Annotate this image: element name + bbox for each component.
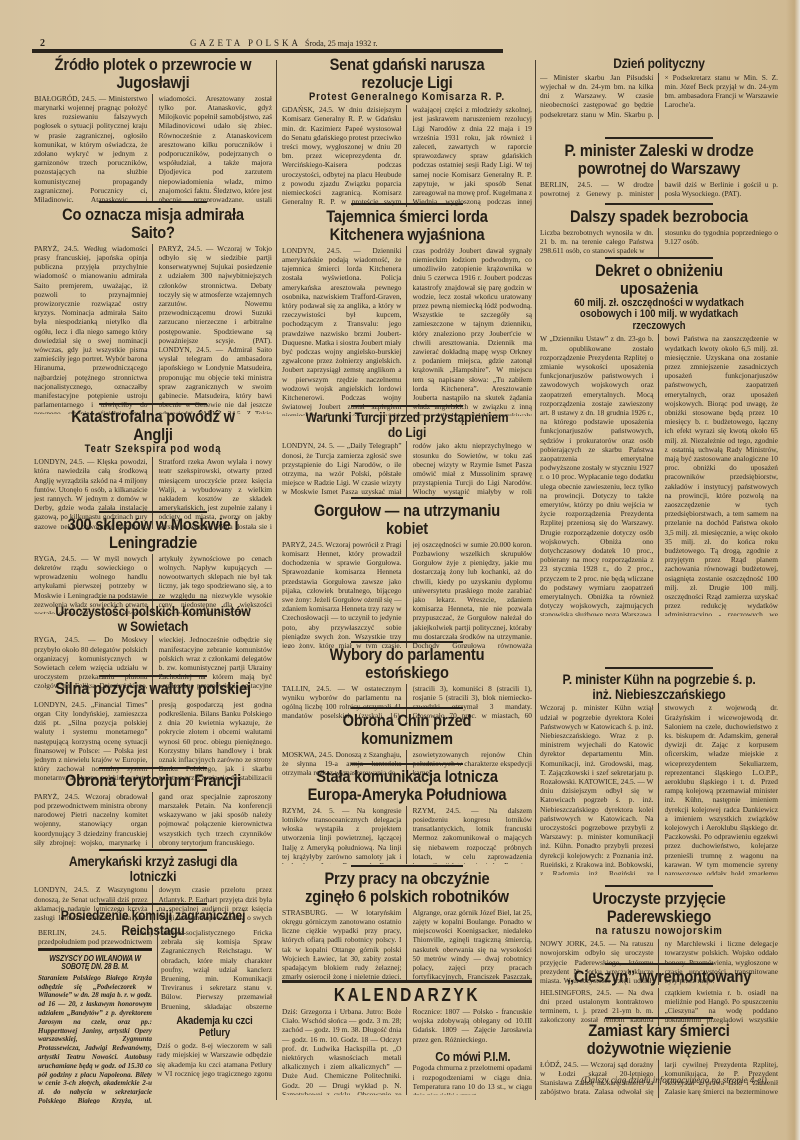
article-dekret: Dekret o obniżeniu uposażenia 60 milj. z…: [540, 254, 778, 616]
separator: [99, 675, 206, 677]
separator: [99, 201, 206, 203]
article-title: Amerykański krzyż zasługi dla lotniczki: [51, 854, 256, 883]
article-subtitle: Teatr Szekspira pod wodą: [51, 444, 256, 456]
article-subtitle: na ratuszu nowojorskim: [557, 926, 762, 938]
article-title: Katastrofalna powódź w Anglji: [51, 408, 256, 444]
article-title: 300 sklepów w Moskwie i Leningradzie: [51, 516, 256, 552]
article-text: wiadomości. Aresztowany został tylko por…: [159, 94, 273, 202]
weather-text: Pogoda chmurna z przelotnemi opadami i r…: [413, 1063, 533, 1095]
article-title: Akademja ku czci Petlury: [165, 1016, 264, 1039]
article-text: Staraniem Polskiego Białego Krzyża odbęd…: [38, 974, 152, 1104]
article-title: Co oznacza misja admirała Saito?: [51, 206, 256, 242]
separator: [351, 203, 464, 205]
article-title: P. minister Kühn na pogrzebie ś. p. inż.…: [557, 672, 762, 701]
article-title: Tajemnica śmierci lorda Kitchenera wyjaś…: [300, 208, 515, 244]
article-title: Dalszy spadek bezrobocia: [557, 208, 762, 226]
article-turcja: Warunki Turcji przed przystąpieniem do L…: [282, 402, 532, 497]
kalendarzyk: KALENDARZYK Dziś: Grzegorza i Urbana. Ju…: [282, 980, 532, 1095]
article-robotnicy: Przy pracy na obczyźnie zginęło 6 polski…: [282, 862, 532, 982]
article-francja: Obrona terytorjum Francji PARYŻ, 24.5. W…: [34, 764, 272, 848]
article-text: BERLIN, 24.5. Dzisiaj przedpołudniem pod…: [38, 928, 152, 946]
article-title: Zamiast kary śmierci dożywotnie więzieni…: [557, 1022, 762, 1058]
separator: [351, 763, 464, 765]
separator: [605, 1017, 712, 1019]
article-text: stwowych z wojewodą dr. Grażyńskim i wic…: [665, 703, 779, 875]
article-text: bawił dziś w Berlinie i gościł u p. posł…: [665, 180, 779, 200]
article-text: Rocznice: 1807 — Polsko - francuskie woj…: [413, 1007, 533, 1044]
article-title: Silna pozycja waluty polskiej: [51, 680, 256, 698]
separator: [99, 767, 206, 769]
article-reichstag-left: BERLIN, 24.5. Dzisiaj przedpołudniem pod…: [38, 926, 152, 1104]
article-text: BERLIN, 24.5. — W drodze powrotnej z Gen…: [540, 180, 659, 200]
separator: [351, 865, 464, 867]
article-text: bowi Państwa na zaoszczędzenie w wydatka…: [665, 334, 779, 616]
article-title: Przy pracy na obczyźnie zginęło 6 polski…: [300, 870, 515, 906]
separator: [605, 137, 712, 139]
article-title: WSZYSCY DO WILANOWA W SOBOTĘ DN. 28 B. M…: [46, 955, 144, 972]
article-senat-gdanski: Senat gdański narusza rezolucje Ligi Pro…: [282, 56, 532, 207]
rule: [38, 948, 152, 951]
column-divider: [535, 60, 536, 1100]
article-komunikacja-lotnicza: Stała komunikacja lotnicza Europa-Ameryk…: [282, 760, 532, 864]
article-zaleski: P. minister Zaleski w drodze powrotnej d…: [540, 134, 778, 200]
header-rule: [32, 49, 503, 53]
dzien-polityczny: Dzień polityczny — Minister skarbu Jan P…: [540, 56, 778, 119]
separator: [351, 497, 464, 499]
article-text: Dziś: Grzegorza i Urbana. Jutro: Boże Ci…: [282, 1007, 407, 1095]
article-title: Stała komunikacja lotnicza Europa-Ameryk…: [300, 768, 515, 804]
separator: [605, 963, 712, 965]
separator: [605, 885, 712, 887]
article-bezrobocie: Dalszy spadek bezrobocia Liczba bezrobot…: [540, 200, 778, 258]
rule: [282, 980, 532, 983]
article-text: rodów jako aktu nieprzychylnego w stosun…: [413, 441, 533, 497]
article-title: Senat gdański narusza rezolucje Ligi: [300, 56, 515, 92]
separator: [605, 257, 712, 259]
article-text: czas podróży Joubert dawał sygnały niemi…: [413, 246, 533, 416]
article-jugoslawja: Źródło plotek o przewrocie w Jugosławji …: [34, 56, 272, 202]
article-text: PARYŻ, 24.5. Wczoraj obradował pod przew…: [34, 792, 153, 848]
article-text: — Minister skarbu Jan Piłsudski wyjechał…: [540, 73, 659, 119]
article-title: Dekret o obniżeniu uposażenia: [557, 262, 762, 298]
separator: [605, 203, 712, 205]
article-text: GDAŃSK, 24.5. W dniu dzisiejszym Komisar…: [282, 105, 407, 207]
article-title: Źródło plotek o przewrocie w Jugosławji: [51, 56, 256, 92]
article-title: Warunki Turcji przed przystąpieniem do L…: [300, 410, 515, 439]
article-reichstag-right: rodowo-socjalistycznego Fricka zebrała s…: [157, 926, 272, 1079]
article-text: Wczoraj p. minister Kühn wziął udział w …: [540, 703, 659, 875]
continuation-note: (Dalszy ciąg działu informacyjnego na st…: [560, 1075, 790, 1085]
article-text: Algrange, oraz górnik Józef Biel, lat 25…: [413, 908, 533, 982]
article-kara-smierci: Zamiast kary śmierci dożywotnie więzieni…: [540, 1014, 778, 1098]
article-text: W „Dzienniku Ustaw” z dn. 23-go b. m. op…: [540, 334, 659, 616]
article-title: Obrona Chin przed komunizmem: [300, 712, 515, 748]
masthead-title: GAZETA POLSKA: [190, 38, 301, 48]
article-text: Dziś o godz. 8-ej wieczorem w sali rady …: [157, 1041, 272, 1079]
article-text: BIAŁOGRÓD, 24.5. — Ministerstwo marynark…: [34, 94, 153, 202]
separator: [351, 405, 464, 407]
article-text: RZYM, 24. 5. — Na kongresie lotników tra…: [282, 806, 407, 864]
article-title: Gorgułow — na utrzymaniu kobiet: [300, 502, 515, 538]
article-title: Wybory do parlamentu estońskiego: [300, 646, 515, 682]
article-text: LONDYN, 24. 5. — „Daily Telegraph” donos…: [282, 441, 407, 497]
column-divider: [276, 60, 277, 1100]
separator: [99, 903, 206, 905]
separator: [99, 849, 206, 851]
separator: [99, 403, 206, 405]
article-title: Dzień polityczny: [557, 56, 762, 71]
page-number: 2: [40, 38, 45, 49]
article-title: Obrona terytorjum Francji: [51, 772, 256, 790]
article-text: jej oszczędności w sumie 20.000 koron. P…: [413, 540, 533, 648]
article-gorgulow: Gorgułow — na utrzymaniu kobiet PARYŻ, 2…: [282, 494, 532, 648]
issue-date: Środa, 25 maja 1932 r.: [305, 39, 377, 48]
separator: [351, 707, 464, 709]
article-text: PARYŻ, 24.5. Według wiadomości prasy fra…: [34, 244, 153, 414]
weather-title: Co mówi P.I.M.: [421, 1050, 524, 1064]
article-text: rodowo-socjalistycznego Fricka zebrała s…: [157, 928, 272, 1010]
article-saito: Co oznacza misja admirała Saito? PARYŻ, …: [34, 198, 272, 414]
article-text: LONDYN, 24.5. — Dzienniki amerykańskie p…: [282, 246, 407, 416]
separator: [99, 599, 206, 601]
article-title: P. minister Zaleski w drodze powrotnej d…: [557, 142, 762, 178]
article-kitchener: Tajemnica śmierci lorda Kitchenera wyjaś…: [282, 200, 532, 416]
article-text: PARYŻ, 24.5. Wczoraj powrócił z Pragi ko…: [282, 540, 407, 648]
masthead: GAZETA POLSKAŚroda, 25 maja 1932 r.: [190, 38, 377, 48]
article-text: ważającej części z młodzieży szkolnej, j…: [413, 105, 533, 207]
article-text: RZYM, 24.5. — Na dalszem posiedzeniu kon…: [413, 806, 533, 864]
article-kuhn: P. minister Kühn na pogrzebie ś. p. inż.…: [540, 664, 778, 875]
article-title: Uroczyste przyjęcie Paderewskiego: [557, 890, 762, 926]
article-text: STRASBURG. — W lotaryńskim okręgu górnic…: [282, 908, 407, 982]
article-subtitle: Protest Generalnego Komisarza R. P.: [300, 92, 515, 104]
torn-paper-edge: [786, 0, 800, 1140]
article-title: Uroczystości polskich komunistów w Sowie…: [51, 604, 256, 633]
article-text: PARYŻ, 24.5. — Wczoraj w Tokjo odbyło si…: [159, 244, 273, 414]
separator: [605, 667, 712, 669]
article-title: „Cieszyn” wyremontowany: [557, 968, 762, 986]
article-text: gand oraz specjalnie zaproszony marszałe…: [159, 792, 273, 848]
article-title: KALENDARZYK: [300, 986, 515, 1005]
separator: [351, 641, 464, 643]
separator: [99, 511, 206, 513]
article-text: × Podsekretarz stanu w Min. S. Z. min. J…: [665, 73, 779, 119]
article-subtitle: 60 milj. zł. oszczędności w wydatkach os…: [557, 298, 762, 333]
